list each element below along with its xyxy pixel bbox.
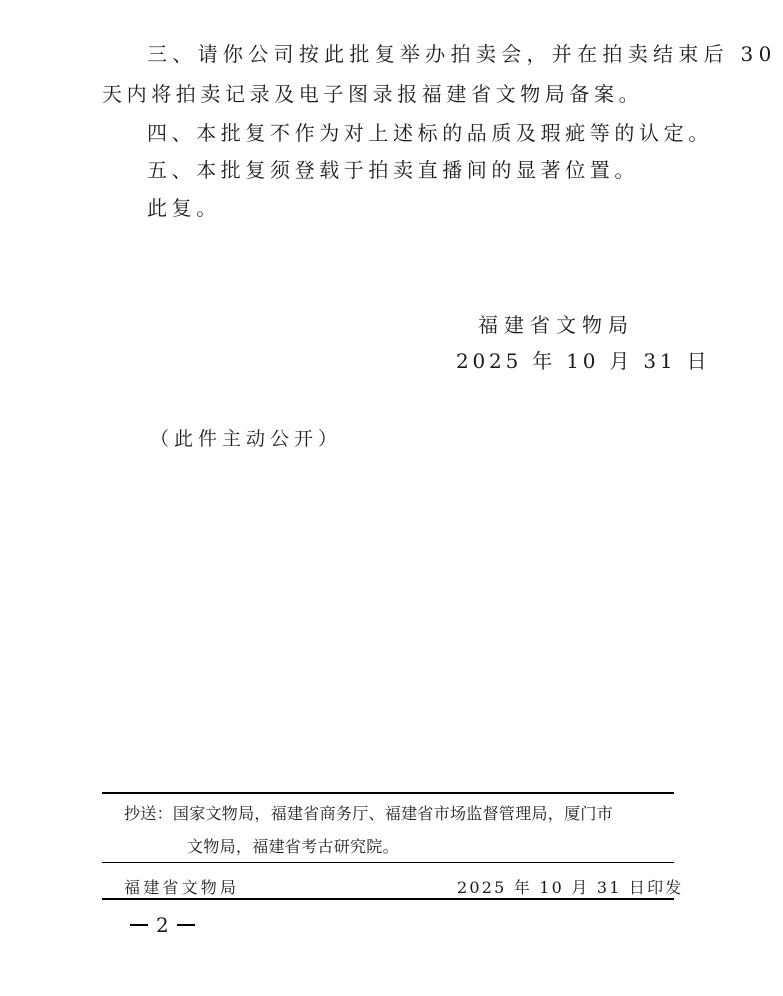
- paragraph-3-line-1: 三、请你公司按此批复举办拍卖会，并在拍卖结束后 30: [147, 44, 777, 64]
- dash-left-icon: [130, 924, 148, 926]
- disclosure-note: （此件主动公开）: [150, 430, 342, 449]
- signature-organization: 福建省文物局: [478, 315, 634, 335]
- cc-recipients-line-2: 文物局，福建省考古研究院。: [187, 839, 399, 855]
- closing-remark: 此复。: [147, 198, 221, 218]
- cc-recipients-line-1: 抄送：国家文物局，福建省商务厅、福建省市场监督管理局，厦门市: [124, 806, 613, 822]
- paragraph-3-line-2: 天内将拍卖记录及电子图录报福建省文物局备案。: [102, 84, 643, 104]
- page-number: 2: [130, 913, 195, 937]
- paragraph-4: 四、本批复不作为对上述标的品质及瑕疵等的认定。: [147, 123, 713, 143]
- footer-issuer: 福建省文物局: [124, 875, 239, 898]
- cc-bottom-rule: [102, 862, 674, 863]
- paragraph-5: 五、本批复须登载于拍卖直播间的显著位置。: [147, 160, 639, 180]
- cc-top-rule: [102, 792, 674, 794]
- footer-issue-date: 2025 年 10 月 31 日印发: [457, 875, 683, 898]
- page-number-value: 2: [156, 913, 169, 937]
- footer-bottom-rule: [102, 898, 674, 900]
- signature-date: 2025 年 10 月 31 日: [456, 351, 710, 371]
- dash-right-icon: [177, 924, 195, 926]
